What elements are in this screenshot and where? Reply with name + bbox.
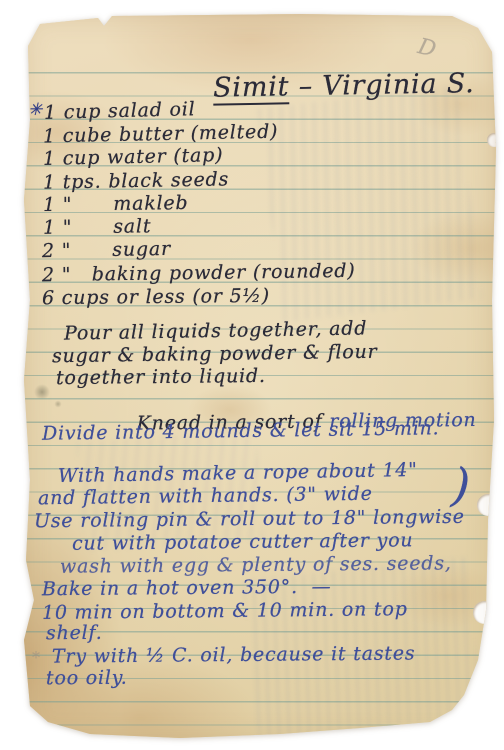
ingredient-line: 1 cube butter (melted) [43, 121, 279, 148]
instruction-line: shelf. [46, 622, 103, 644]
ingredient-line: 6 cups or less (or 5½) [42, 285, 270, 309]
instruction-line: Try with ½ C. oil, because it tastes [52, 642, 416, 667]
instruction-line: sugar & baking powder & flour [52, 341, 378, 368]
instruction-line: too oily. [46, 667, 128, 690]
ingredient-line: 1 tps. black seeds [43, 168, 229, 193]
torn-hole [473, 601, 496, 624]
instruction-line: Use rolling pin & roll out to 18" longwi… [34, 506, 465, 533]
ingredient-line: 2 " sugar [42, 238, 171, 262]
ingredient-line: 1 " makleb [43, 192, 189, 216]
title-rest: – Virginia S. [289, 68, 475, 102]
instruction-line: wash with egg & plenty of ses. seeds, [60, 552, 452, 577]
instruction-line: Bake in a hot oven 350°. — [42, 576, 332, 601]
torn-hole [487, 133, 501, 147]
photo-background: Simit – Virginia S. D ✳ 1 cup salad oil … [0, 0, 504, 750]
paper-shadow-wrap: Simit – Virginia S. D ✳ 1 cup salad oil … [0, 0, 504, 750]
title-underlined-word: Simit [213, 71, 290, 105]
instruction-line: and flatten with hands. (3" wide [38, 483, 373, 510]
recipe-paper: Simit – Virginia S. D ✳ 1 cup salad oil … [20, 12, 498, 744]
ingredient-line: 1 cup water (tap) [43, 144, 224, 170]
instruction-line: 10 min on bottom & 10 min. on top [42, 598, 408, 624]
ingredient-line: 1 cup salad oil [44, 98, 196, 124]
ingredient-line: 2 " baking powder (rounded) [42, 260, 356, 286]
margin-asterisk-icon: ✳ [28, 100, 43, 120]
margin-pencil-star: * [32, 648, 41, 667]
ingredient-line: 1 " salt [43, 215, 152, 239]
handwritten-brace: ) [450, 457, 472, 512]
instruction-line: cut with potatoe cutter after you [72, 529, 414, 555]
instruction-line: together into liquid. [56, 365, 266, 389]
torn-hole [477, 494, 499, 516]
